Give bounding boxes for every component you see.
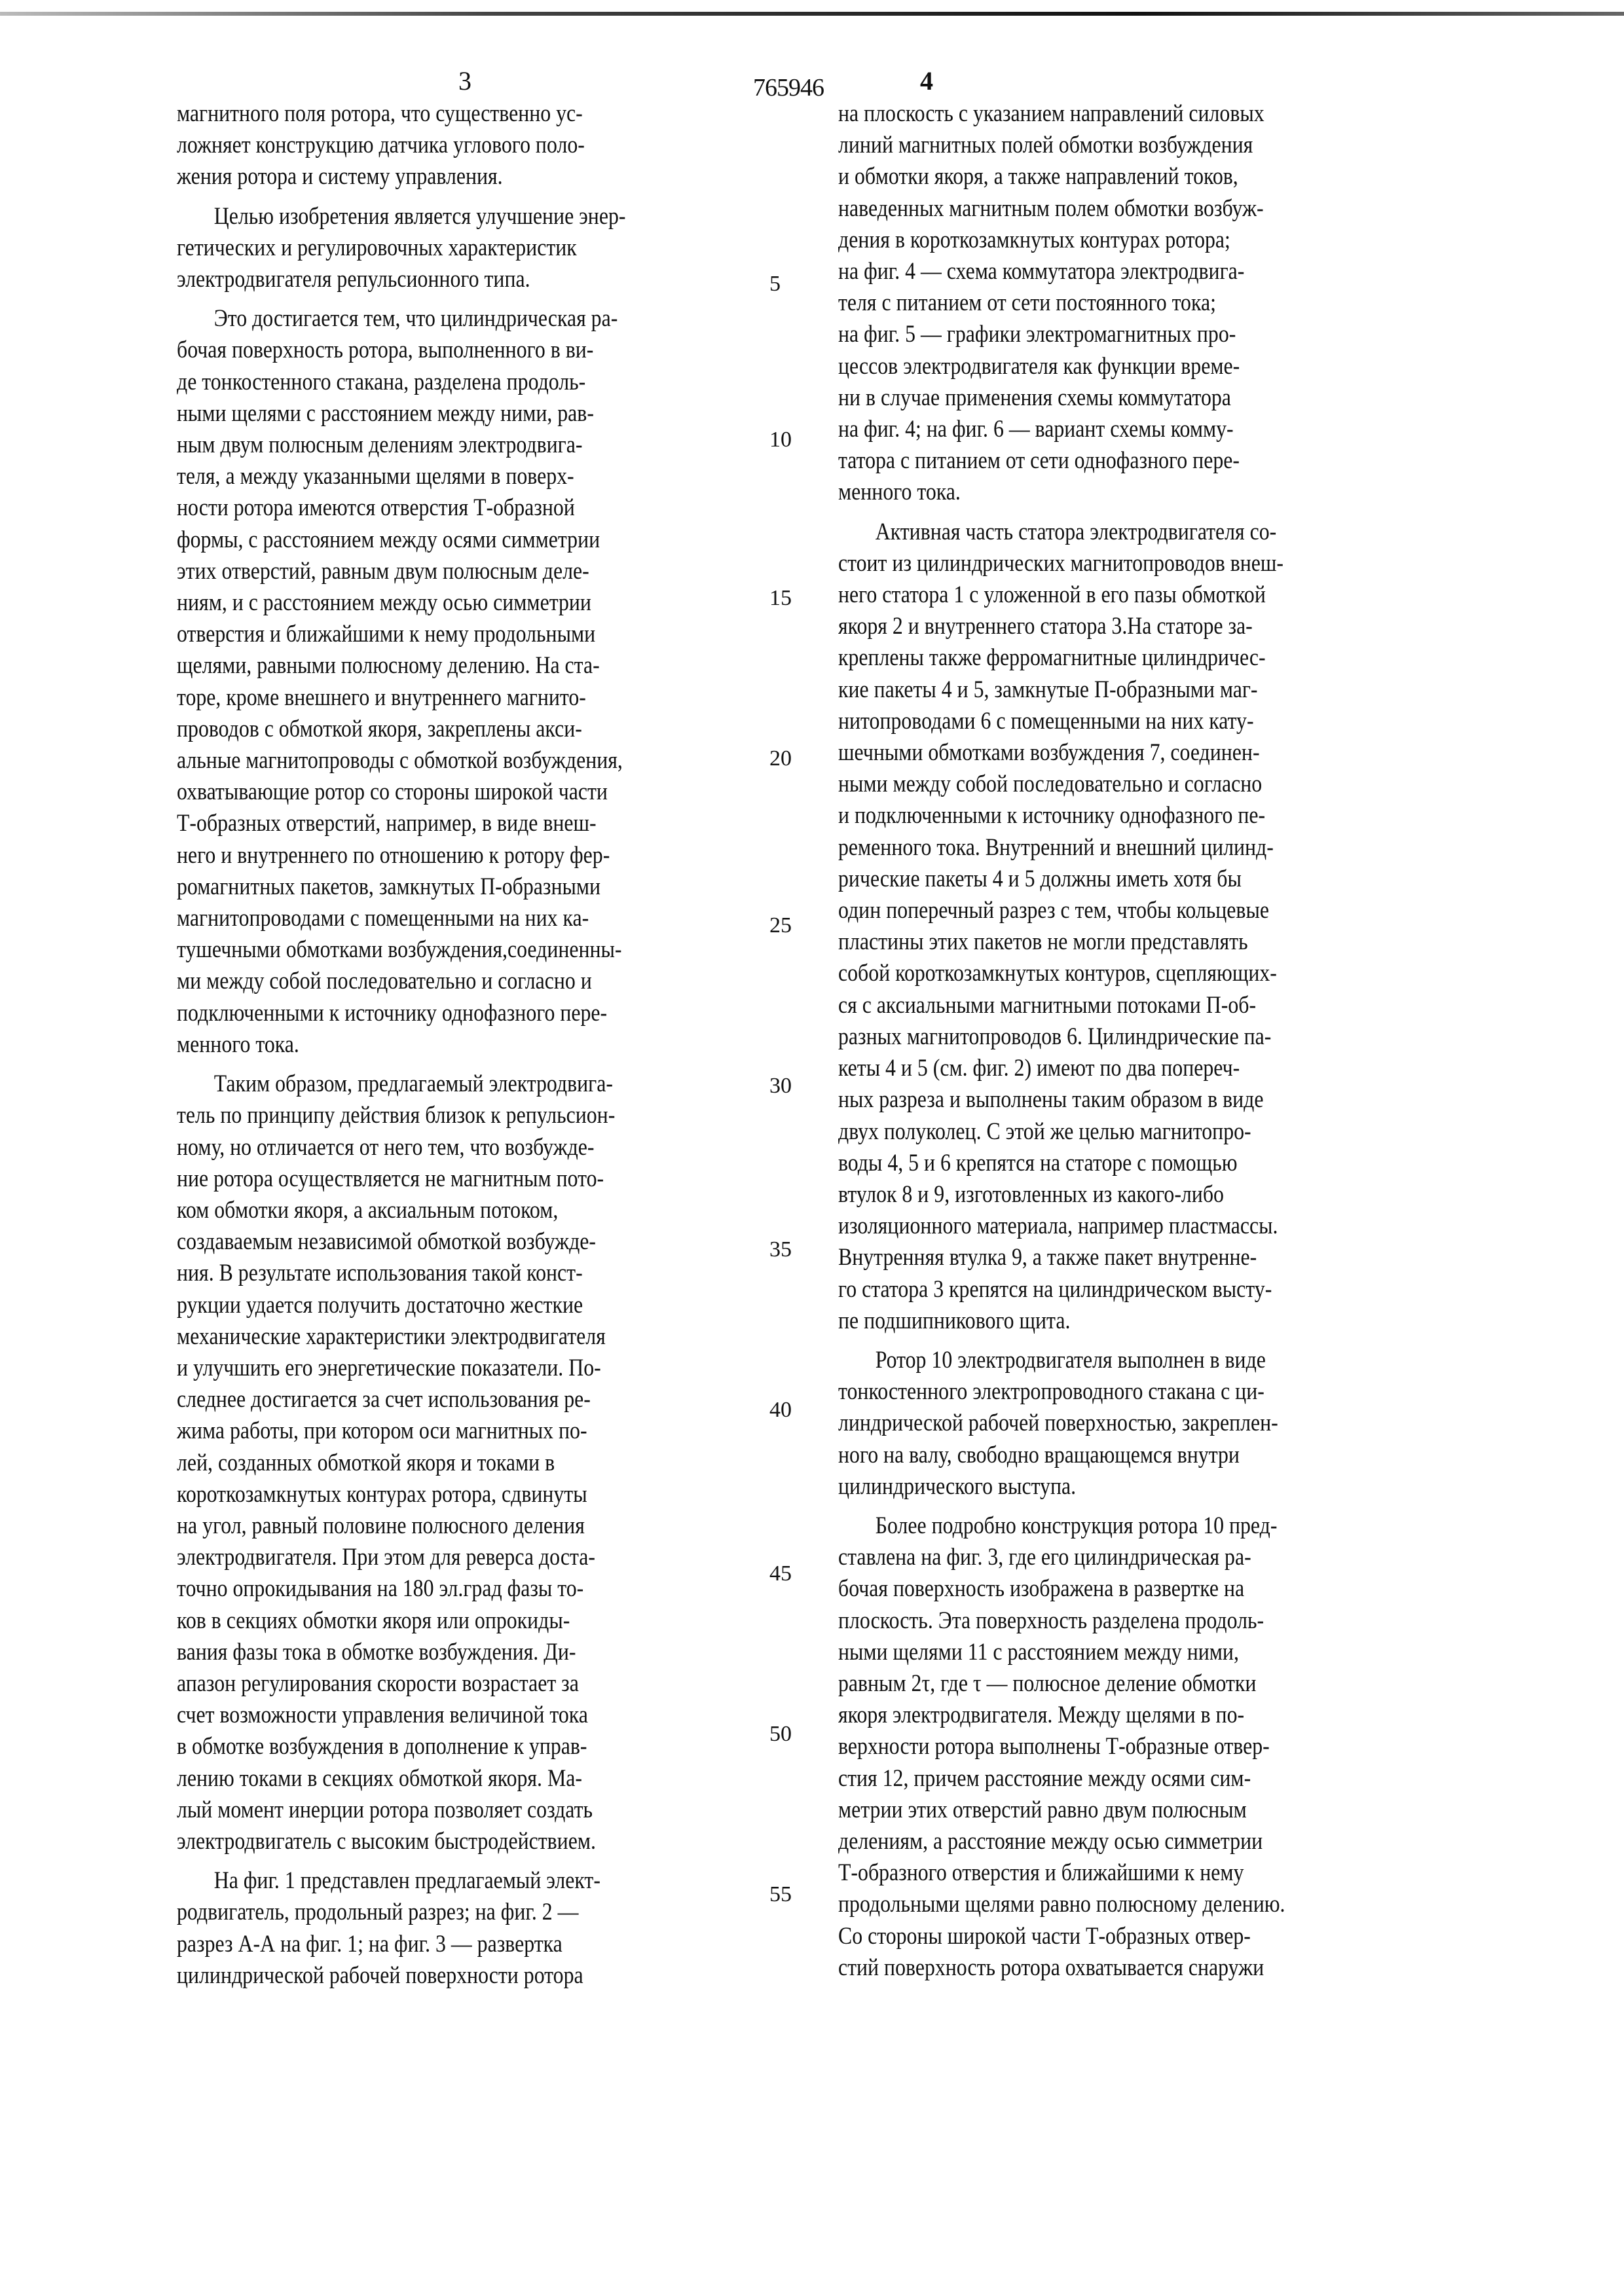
text-line: ного на валу, свободно вращающемся внутр… [838, 1440, 1458, 1471]
text-line: менного тока. [177, 1029, 807, 1061]
text-line: цессов электродвигателя как функции врем… [838, 351, 1458, 382]
text-line: ными щелями 11 с расстоянием между ними, [838, 1637, 1458, 1668]
text-line: пластины этих пакетов не могли представл… [838, 926, 1458, 958]
text-line: Это достигается тем, что цилиндрическая … [177, 303, 807, 335]
text-line: жима работы, при котором оси магнитных п… [177, 1415, 807, 1447]
text-line: ными между собой последовательно и согла… [838, 769, 1458, 800]
text-line: ся с аксиальными магнитными потоками П-о… [838, 990, 1458, 1021]
line-number: 35 [769, 1237, 792, 1262]
page-top-edge-line [0, 12, 1624, 16]
text-line: линий магнитных полей обмотки возбуждени… [838, 130, 1458, 161]
line-number: 25 [769, 913, 792, 938]
text-line: верхности ротора выполнены Т-образные от… [838, 1731, 1458, 1762]
paragraph: Целью изобретения является улучшение эне… [177, 201, 807, 296]
line-number: 55 [769, 1882, 792, 1907]
text-line: Т-образных отверстий, например, в виде в… [177, 808, 807, 839]
text-line: кие пакеты 4 и 5, замкнутые П-образными … [838, 674, 1458, 706]
text-line: проводов с обмоткой якоря, закреплены ак… [177, 714, 807, 745]
text-line: вания фазы тока в обмотке возбуждения. Д… [177, 1637, 807, 1668]
text-line: плоскость. Эта поверхность разделена про… [838, 1605, 1458, 1637]
text-line: этих отверстий, равным двум полюсным дел… [177, 556, 807, 587]
text-line: создаваемым независимой обмоткой возбужд… [177, 1226, 807, 1258]
left-text-column: магнитного поля ротора, что существенно … [177, 98, 807, 1999]
text-line: жения ротора и систему управления. [177, 161, 807, 192]
paragraph: Ротор 10 электродвигателя выполнен в вид… [838, 1345, 1458, 1503]
text-line: креплены также ферромагнитные цилиндриче… [838, 642, 1458, 674]
text-line: него статора 1 с уложенной в его пазы об… [838, 579, 1458, 611]
text-line: тушечными обмотками возбуждения,соединен… [177, 934, 807, 966]
text-line: пе подшипникового щита. [838, 1305, 1458, 1337]
text-line: ложняет конструкцию датчика углового пол… [177, 130, 807, 161]
line-number: 15 [769, 586, 792, 611]
text-line: Активная часть статора электродвигателя … [838, 517, 1458, 548]
text-line: родвигатель, продольный разрез; на фиг. … [177, 1897, 807, 1928]
text-line: электродвигателя репульсионного типа. [177, 264, 807, 295]
text-line: на фиг. 4 — схема коммутатора электродви… [838, 256, 1458, 287]
paragraph: Таким образом, предлагаемый электродвига… [177, 1068, 807, 1857]
text-line: на фиг. 5 — графики электромагнитных про… [838, 319, 1458, 350]
text-line: гетических и регулировочных характеристи… [177, 232, 807, 264]
line-number: 45 [769, 1561, 792, 1586]
text-line: менного тока. [838, 477, 1458, 508]
text-line: и подключенными к источнику однофазного … [838, 800, 1458, 831]
text-line: магнитного поля ротора, что существенно … [177, 98, 807, 130]
right-text-column: на плоскость с указанием направлений сил… [838, 98, 1458, 1992]
text-line: счет возможности управления величиной то… [177, 1700, 807, 1731]
text-line: равным 2τ, где τ — полюсное деление обмо… [838, 1668, 1458, 1700]
text-line: один поперечный разрез с тем, чтобы коль… [838, 895, 1458, 926]
text-line: шечными обмотками возбуждения 7, соедине… [838, 737, 1458, 769]
line-number: 5 [769, 272, 781, 297]
text-line: и улучшить его энергетические показатели… [177, 1353, 807, 1384]
text-line: собой короткозамкнутых контуров, сцепляю… [838, 958, 1458, 989]
text-line: цилиндрической рабочей поверхности ротор… [177, 1960, 807, 1992]
text-line: ков в секциях обмотки якоря или опрокиды… [177, 1605, 807, 1637]
line-number: 40 [769, 1398, 792, 1423]
text-line: ных разреза и выполнены таким образом в … [838, 1084, 1458, 1116]
text-line: ному, но отличается от него тем, что воз… [177, 1132, 807, 1163]
text-line: охватывающие ротор со стороны широкой ча… [177, 776, 807, 808]
text-line: продольными щелями равно полюсному делен… [838, 1889, 1458, 1920]
text-line: метрии этих отверстий равно двум полюсны… [838, 1795, 1458, 1826]
text-line: ременного тока. Внутренний и внешний цил… [838, 832, 1458, 864]
text-line: Ротор 10 электродвигателя выполнен в вид… [838, 1345, 1458, 1376]
paragraph: на плоскость с указанием направлений сил… [838, 98, 1458, 509]
line-number: 30 [769, 1074, 792, 1099]
text-line: Со стороны широкой части Т-образных отве… [838, 1921, 1458, 1952]
paragraph: Более подробно конструкция ротора 10 пре… [838, 1510, 1458, 1984]
text-line: го статора 3 крепятся на цилиндрическом … [838, 1274, 1458, 1305]
text-line: Более подробно конструкция ротора 10 пре… [838, 1510, 1458, 1542]
line-number: 50 [769, 1722, 792, 1747]
text-line: стий поверхность ротора охватывается сна… [838, 1952, 1458, 1984]
text-line: и обмотки якоря, а также направлений ток… [838, 161, 1458, 192]
text-line: дения в короткозамкнутых контурах ротора… [838, 225, 1458, 256]
text-line: него и внутреннего по отношению к ротору… [177, 840, 807, 871]
text-line: отверстия и ближайшими к нему продольным… [177, 619, 807, 650]
text-line: теля с питанием от сети постоянного тока… [838, 287, 1458, 319]
text-line: ромагнитных пакетов, замкнутых П-образны… [177, 871, 807, 903]
text-line: ни в случае применения схемы коммутатора [838, 382, 1458, 414]
text-line: рукции удается получить достаточно жестк… [177, 1290, 807, 1321]
text-line: торе, кроме внешнего и внутреннего магни… [177, 682, 807, 714]
text-line: ниям, и с расстоянием между осью симметр… [177, 587, 807, 619]
text-line: теля, а между указанными щелями в поверх… [177, 461, 807, 492]
text-line: на фиг. 4; на фиг. 6 — вариант схемы ком… [838, 414, 1458, 445]
paragraph: На фиг. 1 представлен предлагаемый элект… [177, 1865, 807, 1992]
text-line: линдрической рабочей поверхностью, закре… [838, 1408, 1458, 1439]
text-line: электродвигателя. При этом для реверса д… [177, 1542, 807, 1573]
paragraph: Активная часть статора электродвигателя … [838, 517, 1458, 1337]
text-line: изоляционного материала, например пластм… [838, 1211, 1458, 1242]
text-line: цилиндрического выступа. [838, 1471, 1458, 1503]
text-line: на плоскость с указанием направлений сил… [838, 98, 1458, 130]
text-line: ми между собой последовательно и согласн… [177, 966, 807, 997]
text-line: ности ротора имеются отверстия Т-образно… [177, 492, 807, 524]
text-line: электродвигатель с высоким быстродействи… [177, 1826, 807, 1857]
text-line: Внутренняя втулка 9, а также пакет внутр… [838, 1242, 1458, 1273]
text-line: воды 4, 5 и 6 крепятся на статоре с помо… [838, 1148, 1458, 1179]
text-line: тель по принципу действия близок к репул… [177, 1100, 807, 1131]
right-page-number: 4 [920, 65, 933, 96]
text-line: двух полуколец. С этой же целью магнитоп… [838, 1116, 1458, 1148]
text-line: втулок 8 и 9, изготовленных из какого-ли… [838, 1179, 1458, 1211]
text-line: ставлена на фиг. 3, где его цилиндрическ… [838, 1542, 1458, 1573]
text-line: рические пакеты 4 и 5 должны иметь хотя … [838, 864, 1458, 895]
text-line: точно опрокидывания на 180 эл.град фазы … [177, 1573, 807, 1605]
text-line: наведенных магнитным полем обмотки возбу… [838, 193, 1458, 225]
text-line: тонкостенного электропроводного стакана … [838, 1376, 1458, 1408]
text-line: ными щелями с расстоянием между ними, ра… [177, 398, 807, 429]
text-line: якоря электродвигателя. Между щелями в п… [838, 1700, 1458, 1731]
text-line: короткозамкнутых контурах ротора, сдвину… [177, 1479, 807, 1510]
left-page-number: 3 [458, 65, 471, 96]
text-line: механические характеристики электродвига… [177, 1321, 807, 1353]
text-line: разрез А-А на фиг. 1; на фиг. 3 — развер… [177, 1929, 807, 1960]
text-line: татора с питанием от сети однофазного пе… [838, 445, 1458, 477]
text-line: на угол, равный половине полюсного делен… [177, 1510, 807, 1542]
text-line: альные магнитопроводы с обмоткой возбужд… [177, 745, 807, 776]
text-line: Таким образом, предлагаемый электродвига… [177, 1068, 807, 1100]
line-number: 10 [769, 428, 792, 452]
text-line: щелями, равными полюсному делению. На ст… [177, 650, 807, 682]
text-line: лый момент инерции ротора позволяет созд… [177, 1795, 807, 1826]
text-line: лей, созданных обмоткой якоря и токами в [177, 1448, 807, 1479]
text-line: разных магнитопроводов 6. Цилиндрические… [838, 1021, 1458, 1053]
paragraph: Это достигается тем, что цилиндрическая … [177, 303, 807, 1061]
text-line: формы, с расстоянием между осями симметр… [177, 524, 807, 556]
text-line: подключенными к источнику однофазного пе… [177, 998, 807, 1029]
text-line: стоит из цилиндрических магнитопроводов … [838, 548, 1458, 579]
text-line: На фиг. 1 представлен предлагаемый элект… [177, 1865, 807, 1897]
text-line: де тонкостенного стакана, разделена прод… [177, 367, 807, 398]
text-line: ния. В результате использования такой ко… [177, 1258, 807, 1289]
text-line: стия 12, причем расстояние между осями с… [838, 1763, 1458, 1795]
text-line: якоря 2 и внутреннего статора 3.На стато… [838, 611, 1458, 642]
text-line: Т-образного отверстия и ближайшими к нем… [838, 1857, 1458, 1889]
text-line: в обмотке возбуждения в дополнение к упр… [177, 1731, 807, 1762]
text-line: ние ротора осуществляется не магнитным п… [177, 1163, 807, 1195]
text-line: нитопроводами 6 с помещенными на них кат… [838, 706, 1458, 737]
text-line: кеты 4 и 5 (см. фиг. 2) имеют по два поп… [838, 1053, 1458, 1084]
text-line: магнитопроводами с помещенными на них ка… [177, 903, 807, 934]
text-line: делениям, а расстояние между осью симмет… [838, 1826, 1458, 1857]
text-line: ком обмотки якоря, а аксиальным потоком, [177, 1195, 807, 1226]
text-line: бочая поверхность ротора, выполненного в… [177, 335, 807, 366]
text-line: апазон регулирования скорости возрастает… [177, 1668, 807, 1700]
paragraph: магнитного поля ротора, что существенно … [177, 98, 807, 193]
text-line: следнее достигается за счет использовани… [177, 1384, 807, 1415]
text-line: бочая поверхность изображена в развертке… [838, 1573, 1458, 1605]
text-line: Целью изобретения является улучшение эне… [177, 201, 807, 232]
line-number: 20 [769, 746, 792, 771]
text-line: ным двум полюсным делениям электродвига- [177, 429, 807, 461]
text-line: лению токами в секциях обмоткой якоря. М… [177, 1763, 807, 1795]
